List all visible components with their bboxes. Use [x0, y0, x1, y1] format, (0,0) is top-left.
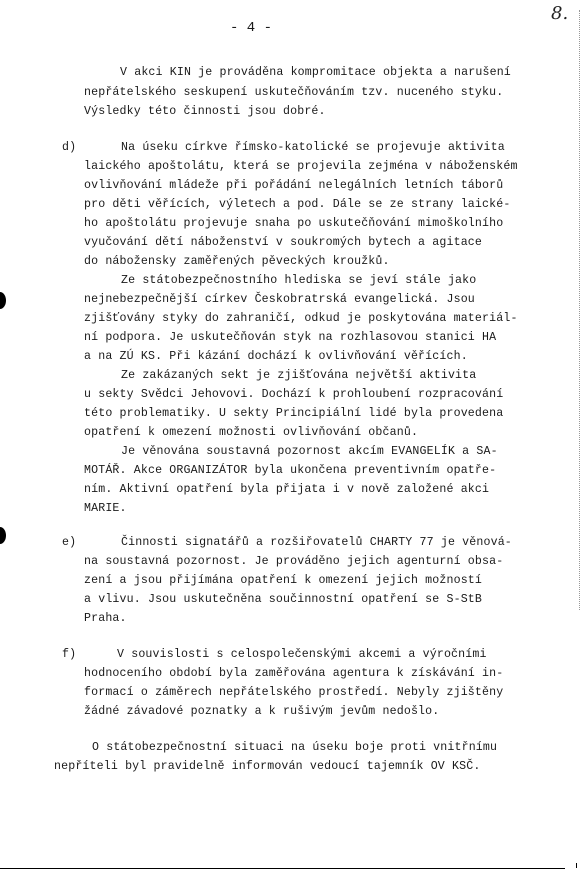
- page-edge-tick: [576, 863, 577, 868]
- section-d-line: MARIE.: [84, 502, 127, 515]
- section-d-line: této problematiky. U sekty Principiální …: [84, 407, 503, 420]
- intro-line: nepřátelského seskupení uskutečňováním t…: [84, 86, 503, 99]
- section-d-line: ní podpora. Je uskutečňován styk na rozh…: [84, 331, 496, 344]
- section-d-line: MOTÁŘ. Akce ORGANIZÁTOR byla ukončena pr…: [84, 464, 496, 477]
- section-d-line: nejnebezpečnější církev Českobratrská ev…: [84, 293, 475, 306]
- section-e-line: zení a jsou přijímána opatření k omezení…: [84, 574, 482, 587]
- closing-line: O státobezpečnostní situaci na úseku boj…: [92, 741, 497, 754]
- scan-edge-dots: [579, 10, 581, 610]
- section-d-line: ho apoštolátu projevuje snaha po uskuteč…: [84, 217, 503, 230]
- page-bottom-edge: [0, 868, 565, 869]
- section-d-line: zjišťovány styky do zahraničí, odkud je …: [84, 312, 518, 325]
- section-label-e: e): [62, 536, 76, 549]
- handwritten-page-mark: 8.: [551, 3, 568, 24]
- section-d-line: Na úseku církve římsko-katolické se proj…: [121, 141, 505, 154]
- punch-hole-mark: [0, 292, 6, 309]
- page-number: - 4 -: [230, 20, 272, 36]
- section-f-line: formací o záměrech nepřátelského prostře…: [84, 686, 503, 699]
- section-label-d: d): [62, 141, 76, 154]
- section-d-line: Ze zakázaných sekt je zjišťována největš…: [121, 369, 476, 382]
- closing-line: nepříteli byl pravidelně informován vedo…: [54, 760, 480, 773]
- section-f-line: žádné závadové poznatky a k rušivým jevů…: [84, 705, 439, 718]
- section-d-line: pro děti věřících, výletech a pod. Dále …: [84, 198, 510, 211]
- section-f-line: hodnoceního období byla zaměřována agent…: [84, 667, 503, 680]
- section-d-line: Ze státobezpečnostního hlediska se jeví …: [121, 274, 476, 287]
- punch-hole-mark: [0, 527, 6, 544]
- section-d-line: do nábožensky zaměřených pěveckých krouž…: [84, 255, 390, 268]
- intro-line: V akci KIN je prováděna kompromitace obj…: [120, 66, 511, 79]
- section-d-line: ním. Aktivní opatření byla přijata i v n…: [84, 483, 489, 496]
- section-d-line: u sekty Svědci Jehovovi. Dochází k prohl…: [84, 388, 503, 401]
- section-e-line: Praha.: [84, 612, 127, 625]
- intro-line: Výsledky této činnosti jsou dobré.: [84, 105, 326, 118]
- section-d-line: vyučování dětí náboženství v soukromých …: [84, 236, 482, 249]
- section-d-line: ovlivňování mládeže při pořádání nelegál…: [84, 179, 503, 192]
- section-d-line: laického apoštolátu, která se projevila …: [84, 160, 518, 173]
- section-f-line: V souvislosti s celospolečenskými akcemi…: [117, 648, 487, 661]
- document-page: 8. - 4 - V akci KIN je prováděna komprom…: [0, 0, 588, 879]
- section-label-f: f): [62, 648, 76, 661]
- section-d-line: a na ZÚ KS. Při kázání dochází k ovlivňo…: [84, 350, 468, 363]
- section-d-line: Je věnována soustavná pozornost akcím EV…: [121, 445, 498, 458]
- section-e-line: na soustavná pozornost. Je prováděno jej…: [84, 555, 503, 568]
- section-d-line: opatření k omezení možnosti ovlivňování …: [84, 426, 418, 439]
- section-e-line: a vlivu. Jsou uskutečněna součinnostní o…: [84, 593, 482, 606]
- section-e-line: Činnosti signatářů a rozšiřovatelů CHART…: [121, 536, 512, 549]
